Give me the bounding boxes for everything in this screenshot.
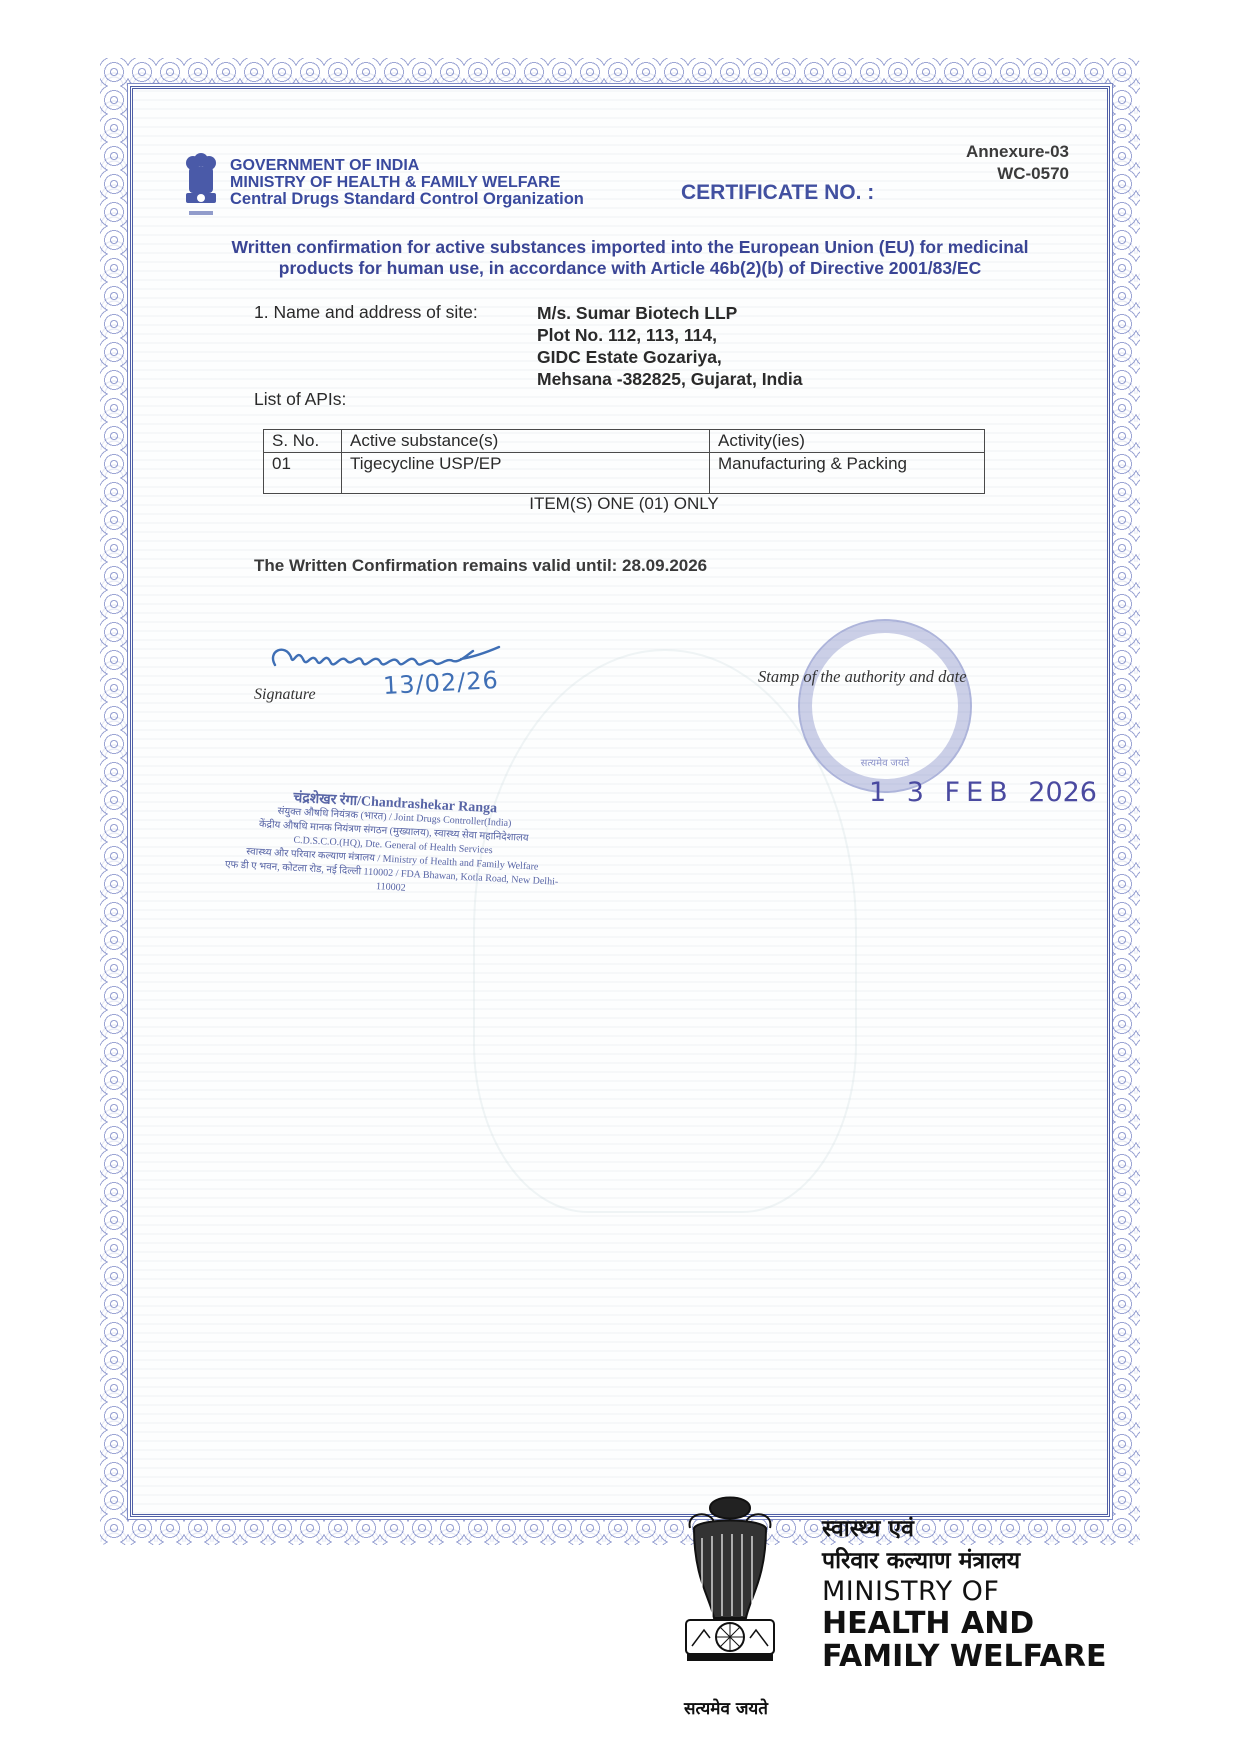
ministry-english-line-1: MINISTRY OF xyxy=(822,1577,1106,1607)
ministry-logo: स्वास्थ्य एवं परिवार कल्याण मंत्रालय MIN… xyxy=(822,1513,1106,1673)
certificate-border: GOVERNMENT OF INDIA MINISTRY OF HEALTH &… xyxy=(100,58,1140,1545)
issuing-authority: GOVERNMENT OF INDIA MINISTRY OF HEALTH &… xyxy=(230,157,584,208)
stamp-label: Stamp of the authority and date xyxy=(758,667,967,687)
ministry-hindi-line-2: परिवार कल्याण मंत्रालय xyxy=(822,1545,1106,1577)
table-header-row: S. No. Active substance(s) Activity(ies) xyxy=(264,430,985,453)
annexure-label: Annexure-03 xyxy=(966,141,1069,163)
official-seal: सत्यमेव जयते xyxy=(798,619,972,793)
officer-stamp: चंद्रशेखर रंगा/Chandrashekar Ranga संयुक… xyxy=(221,788,566,904)
active-substance-cell: Tigecycline USP/EP xyxy=(342,453,710,494)
activity-cell: Manufacturing & Packing xyxy=(710,453,985,494)
address-line: GIDC Estate Gozariya, xyxy=(537,346,803,368)
ministry-line: MINISTRY OF HEALTH & FAMILY WELFARE xyxy=(230,174,584,191)
document-title: Written confirmation for active substanc… xyxy=(183,237,1077,279)
apis-table: S. No. Active substance(s) Activity(ies)… xyxy=(263,429,985,494)
annexure-block: Annexure-03 WC-0570 xyxy=(966,141,1069,185)
serial-number-cell: 01 xyxy=(264,453,342,494)
date-stamp-month: FEB xyxy=(945,777,1014,808)
national-emblem-icon xyxy=(183,153,219,219)
date-stamp-day: 1 3 xyxy=(869,777,930,808)
seal-caption: सत्यमेव जयते xyxy=(800,755,970,769)
address-line: M/s. Sumar Biotech LLP xyxy=(537,302,803,324)
certificate-body: GOVERNMENT OF INDIA MINISTRY OF HEALTH &… xyxy=(130,86,1110,1517)
validity-statement: The Written Confirmation remains valid u… xyxy=(254,556,707,576)
site-address: M/s. Sumar Biotech LLP Plot No. 112, 113… xyxy=(537,302,803,390)
apis-label: List of APIs: xyxy=(254,389,346,410)
address-line: Plot No. 112, 113, 114, xyxy=(537,324,803,346)
address-line: Mehsana -382825, Gujarat, India xyxy=(537,368,803,390)
gov-line: GOVERNMENT OF INDIA xyxy=(230,157,584,174)
table-row: 01 Tigecycline USP/EP Manufacturing & Pa… xyxy=(264,453,985,494)
ministry-english-line-3: FAMILY WELFARE xyxy=(822,1640,1106,1673)
ministry-hindi-line-1: स्वास्थ्य एवं xyxy=(822,1513,1106,1545)
date-stamp: 1 3 FEB 2026 xyxy=(869,777,1097,808)
column-header: Activity(ies) xyxy=(710,430,985,453)
item-count-note: ITEM(S) ONE (01) ONLY xyxy=(263,494,985,514)
column-header: Active substance(s) xyxy=(342,430,710,453)
emblem-motto: सत्यमेव जयते xyxy=(684,1696,768,1719)
column-header: S. No. xyxy=(264,430,342,453)
title-line-1: Written confirmation for active substanc… xyxy=(183,237,1077,258)
emblem-watermark xyxy=(473,649,857,1213)
title-line-2: products for human use, in accordance wi… xyxy=(183,258,1077,279)
certificate-number: WC-0570 xyxy=(966,163,1069,185)
date-stamp-year: 2026 xyxy=(1028,777,1097,808)
site-label: 1. Name and address of site: xyxy=(254,302,478,323)
ministry-english-line-2: HEALTH AND xyxy=(822,1607,1106,1640)
signature-label: Signature xyxy=(254,686,316,704)
certificate-number-label: CERTIFICATE NO. : xyxy=(681,181,874,205)
organization-line: Central Drugs Standard Control Organizat… xyxy=(230,191,584,208)
ashoka-emblem-icon xyxy=(680,1488,780,1683)
